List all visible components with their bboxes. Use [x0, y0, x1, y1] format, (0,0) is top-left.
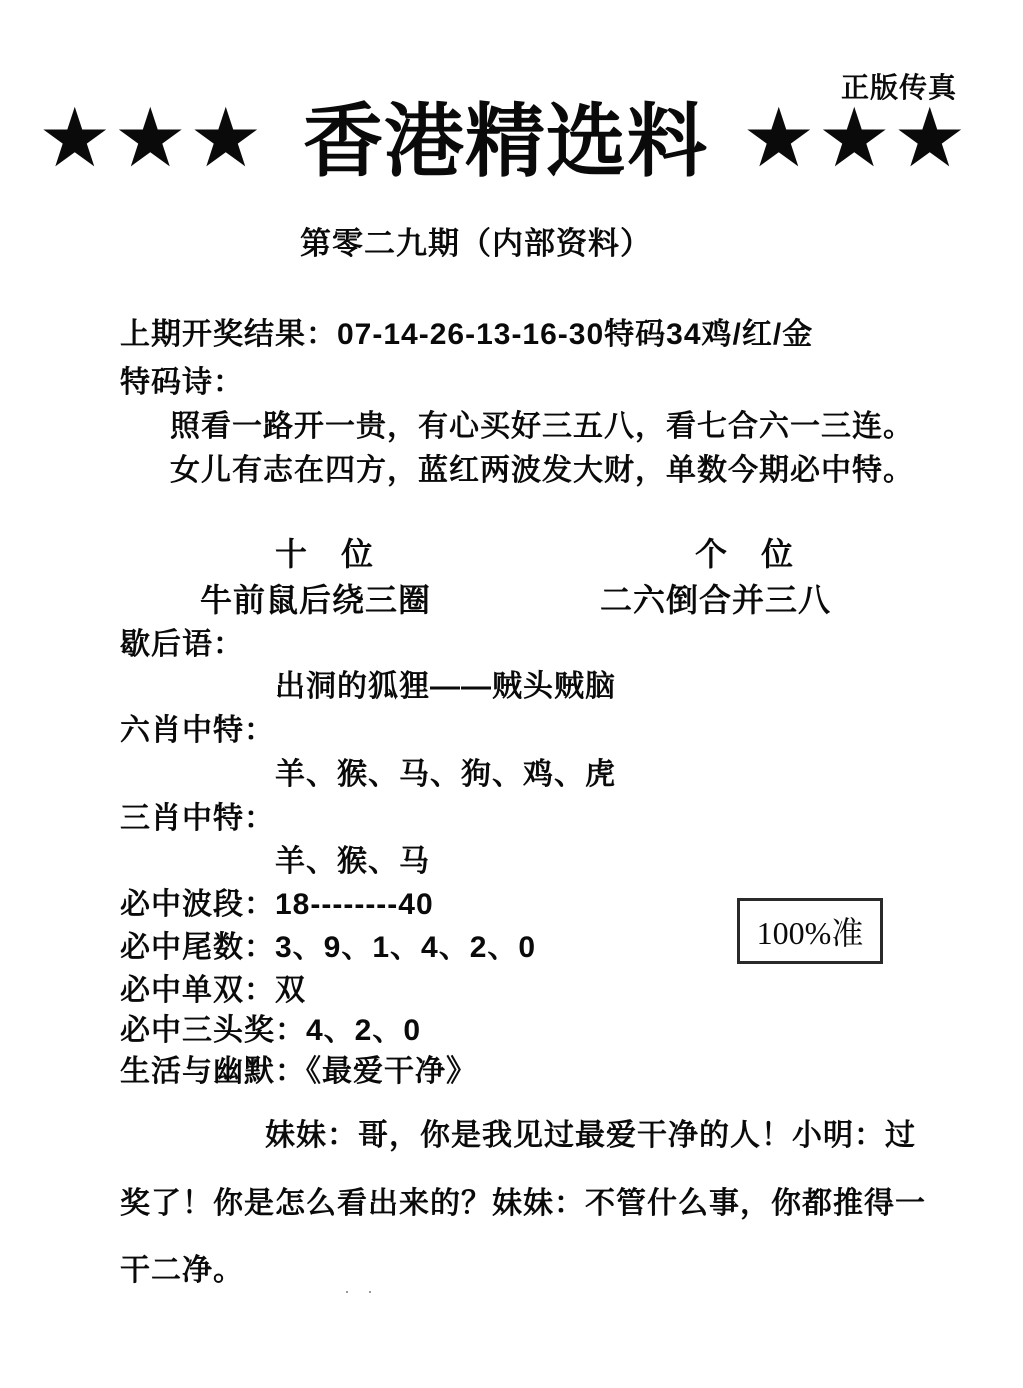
issue-subtitle: 第零二九期（内部资料） — [300, 228, 652, 259]
humor-story-line-3: 干二净。 — [120, 1256, 244, 1286]
last-draw-result-line: 上期开奖结果：07-14-26-13-16-30特码34鸡/红/金 — [120, 320, 813, 350]
humor-story-line-1: 妹妹：哥，你是我见过最爱干净的人！小明：过 — [265, 1121, 916, 1151]
ones-position-hint: 二六倒合并三八 — [600, 584, 831, 616]
special-poem-label: 特码诗： — [120, 368, 244, 398]
page-title: 香港精选料 — [303, 102, 708, 182]
stars-left-icon: ★★★ — [38, 98, 265, 180]
tens-position-hint: 牛前鼠后绕三圈 — [200, 584, 431, 616]
humor-title-line: 生活与幽默：《最爱干净》 — [120, 1057, 477, 1087]
must-hit-parity-line: 必中单双：双 — [120, 976, 306, 1006]
ones-position-header: 个 位 — [695, 538, 794, 570]
must-hit-head-line: 必中三头奖：4、2、0 — [120, 1016, 421, 1046]
three-zodiac-label: 三肖中特： — [120, 804, 275, 834]
six-zodiac-value: 羊、猴、马、狗、鸡、虎 — [275, 760, 616, 790]
xiehouyu-label: 歇后语： — [120, 630, 244, 660]
xiehouyu-text: 出洞的狐狸——贼头贼脑 — [275, 672, 616, 702]
stars-right-icon: ★★★ — [742, 98, 969, 180]
accuracy-badge-label: 100%准 — [757, 908, 864, 954]
accuracy-badge: 100%准 — [737, 898, 883, 964]
three-zodiac-value: 羊、猴、马 — [275, 847, 430, 877]
poem-line-1: 照看一路开一贵，有心买好三五八，看七合六一三连。 — [170, 412, 914, 442]
fax-document-page: 正版传真 ★★★ 香港精选料 ★★★ 第零二九期（内部资料） 上期开奖结果：07… — [0, 0, 1023, 1388]
humor-story-line-2: 奖了！你是怎么看出来的？妹妹：不管什么事，你都推得一 — [120, 1189, 926, 1219]
six-zodiac-label: 六肖中特： — [120, 716, 275, 746]
tens-position-header: 十 位 — [275, 538, 374, 570]
must-hit-tail-line: 必中尾数：3、9、1、4、2、0 — [120, 933, 536, 963]
must-hit-range-line: 必中波段：18--------40 — [120, 890, 434, 920]
poem-line-2: 女儿有志在四方，蓝红两波发大财，单数今期必中特。 — [170, 456, 914, 486]
scan-artifact-dots: · · — [344, 1282, 379, 1300]
